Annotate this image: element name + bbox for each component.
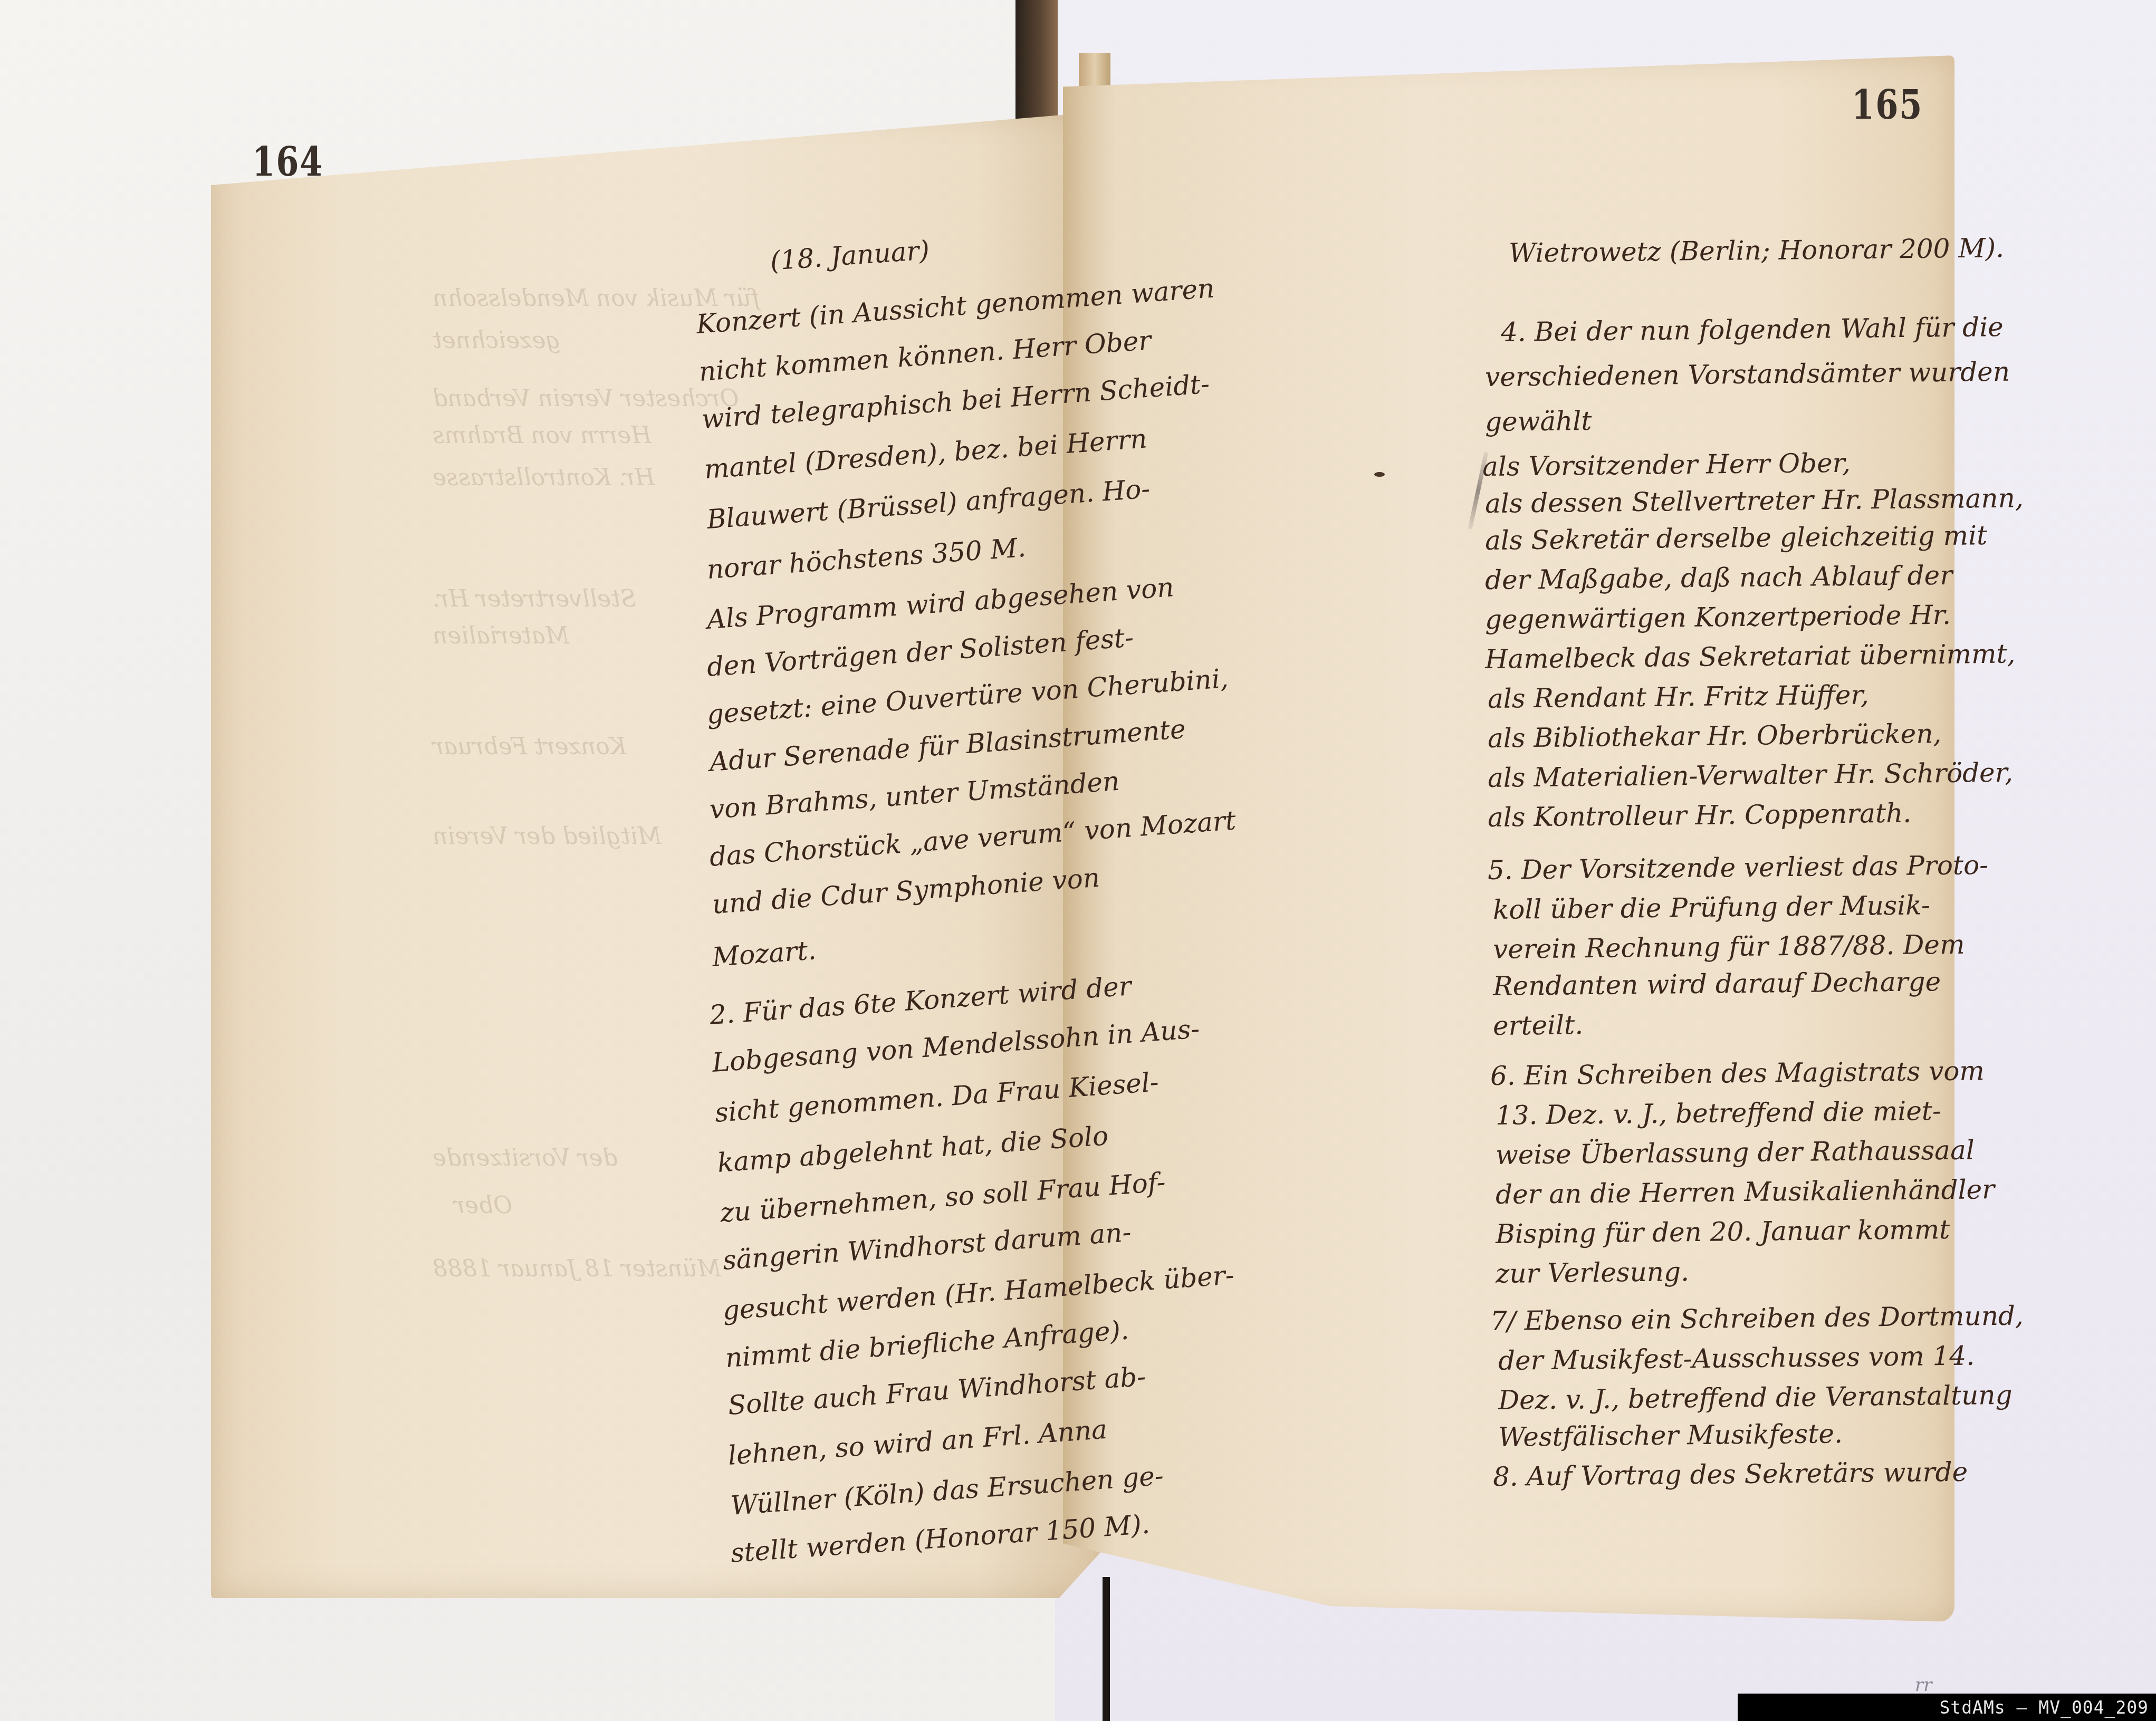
manuscript-line: 7/ Ebenso ein Schreiben des Dortmund, (1490, 1302, 2024, 1334)
manuscript-line: Mozart. (711, 937, 817, 970)
manuscript-line: als Sekretär derselbe gleichzeitig mit (1485, 522, 1988, 554)
folio-number-right: 165 (1852, 81, 1923, 129)
manuscript-line: gegenwärtigen Konzertperiode Hr. (1485, 602, 1951, 633)
manuscript-line: der Musikfest-Ausschusses vom 14. (1498, 1343, 1975, 1374)
ink-blot (1374, 472, 1385, 477)
manuscript-line: weise Überlassung der Rathaussaal (1496, 1137, 1975, 1168)
pencil-note: rr (1915, 1675, 1932, 1696)
manuscript-line: als Kontrolleur Hr. Coppenrath. (1488, 800, 1912, 831)
manuscript-line: 5. Der Vorsitzende verliest das Proto- (1488, 852, 1989, 883)
manuscript-line: verschiedenen Vorstandsämter wurden (1485, 359, 2010, 390)
manuscript-line: Bisping für den 20. Januar kommt (1496, 1216, 1950, 1247)
manuscript-line: der Maßgabe, daß nach Ablauf der (1485, 562, 1953, 593)
manuscript-line: 4. Bei der nun folgenden Wahl für die (1501, 314, 2004, 345)
manuscript-line: der an die Herren Musikalienhändler (1496, 1176, 1995, 1208)
manuscript-line: als Materialien-Verwalter Hr. Schröder, (1488, 759, 2014, 791)
manuscript-line: erteilt. (1493, 1012, 1584, 1039)
manuscript-line: Hamelbeck das Sekretariat übernimmt, (1485, 640, 2016, 672)
manuscript-line: als dessen Stellvertreter Hr. Plassmann, (1485, 485, 2024, 517)
manuscript-line: Rendanten wird darauf Decharge (1493, 968, 1941, 999)
manuscript-line: 8. Auf Vortrag des Sekretärs wurde (1493, 1459, 1968, 1490)
manuscript-line: als Bibliothekar Hr. Oberbrücken, (1488, 720, 1942, 752)
manuscript-line: verein Rechnung für 1887/88. Dem (1493, 931, 1965, 963)
manuscript-line: als Rendant Hr. Fritz Hüffer, (1488, 681, 1869, 712)
folio-number-left: 164 (252, 138, 323, 186)
manuscript-line: Westfälischer Musikfeste. (1498, 1420, 1843, 1450)
manuscript-line: Dez. v. J., betreffend die Veranstaltung (1498, 1382, 2013, 1414)
manuscript-line: koll über die Prüfung der Musik- (1493, 892, 1930, 923)
manuscript-line: gewählt (1485, 408, 1592, 435)
manuscript-line: Wietrowetz (Berlin; Honorar 200 M). (1509, 235, 2004, 266)
manuscript-line: als Vorsitzender Herr Ober, (1482, 450, 1851, 480)
archive-signature-label: StdAMs – MV_004_209 (1738, 1694, 2156, 1721)
manuscript-line: zur Verlesung. (1496, 1258, 1689, 1287)
manuscript-line: 13. Dez. v. J., betreffend die miet- (1496, 1098, 1941, 1129)
manuscript-line: 6. Ein Schreiben des Magistrats vom (1490, 1057, 1985, 1089)
gutter-gap (1103, 1577, 1110, 1721)
